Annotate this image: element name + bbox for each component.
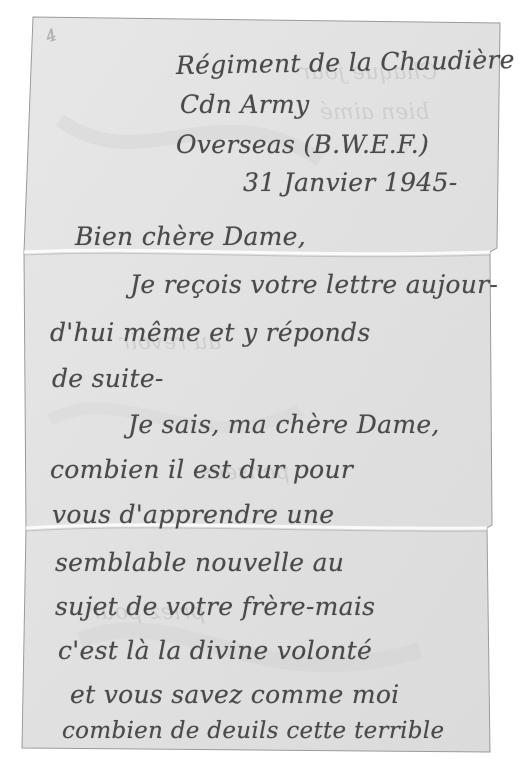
body-line: combien il est dur pour — [50, 455, 353, 484]
body-line: semblable nouvelle au — [55, 548, 344, 577]
body-line: Je sais, ma chère Dame, — [128, 410, 440, 439]
body-line: combien de deuils cette terrible — [62, 718, 444, 744]
header-army: Cdn Army — [180, 90, 309, 119]
body-line: sujet de votre frère-mais — [55, 592, 375, 621]
body-line: d'hui même et y réponds — [50, 318, 370, 347]
bleed-through-text: bien aimé — [320, 100, 429, 125]
body-line: vous d'apprendre une — [52, 500, 334, 529]
header-location: Overseas (B.W.E.F.) — [176, 130, 429, 159]
header-regiment: Régiment de la Chaudière — [176, 45, 515, 80]
letter-page: Chaque jour bien aimé au revoir pensées … — [0, 0, 519, 768]
body-line: de suite- — [52, 364, 164, 393]
header-date: 31 Janvier 1945- — [243, 168, 457, 197]
body-line: Je reçois votre lettre aujour- — [130, 270, 498, 299]
body-line: c'est là la divine volonté — [58, 636, 372, 665]
salutation: Bien chère Dame, — [75, 222, 306, 251]
body-line: et vous savez comme moi — [70, 680, 399, 709]
